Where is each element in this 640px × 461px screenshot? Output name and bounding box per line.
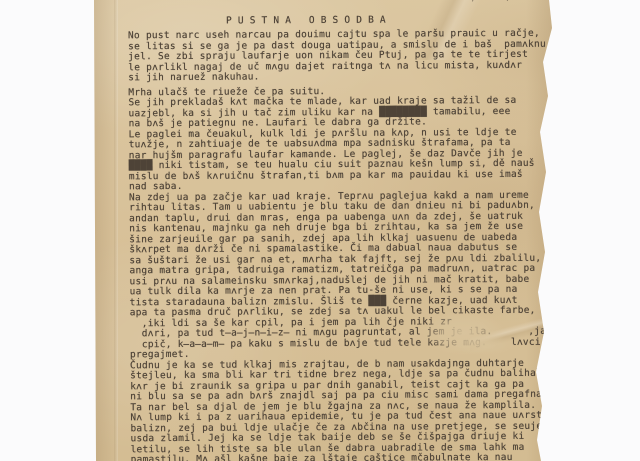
paper-sheet: Cerknam, ta 4/2 - 19 P U S T N A O B S O… [0, 0, 640, 461]
document-title: P U S T N A O B S O D B A [226, 15, 386, 28]
paragraph-intro: No pust narc useh narcau pa douimu cajtu… [128, 29, 544, 84]
paper-crease-vertical [114, 0, 118, 461]
document-body: No pust narc useh narcau pa douimu cajtu… [128, 29, 547, 461]
faded-ink-spot-small [455, 335, 515, 355]
dateline-fragment: Cerknam, ta 4/2 - 19 [428, 0, 548, 3]
paragraph-accusation: Mrha ulačš te riueže če pa suitu. Se jih… [128, 85, 545, 193]
paragraph-doctor-epidemic: Čudnu je ka se tud klkaj mis zrajtau, de… [130, 358, 547, 461]
scan-page: Cerknam, ta 4/2 - 19 P U S T N A O B S O… [0, 0, 640, 461]
